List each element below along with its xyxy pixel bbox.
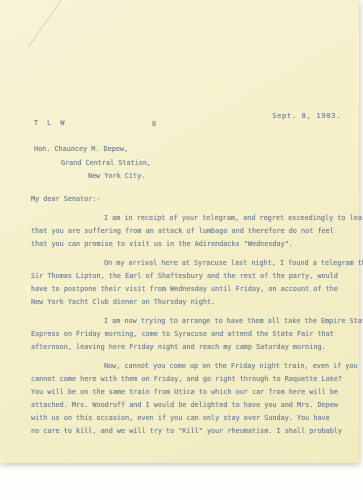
letter-paper: Sept. 8, 1903. T L W B Hon. Chauncey M. …: [0, 0, 359, 463]
recipient-address: Hon. Chauncey M. Depew, Grand Central St…: [34, 143, 151, 184]
recipient-street: Grand Central Station,: [34, 157, 151, 171]
paper-crease: [28, 0, 62, 48]
body-line: afternoon, leaving here Friday night and…: [31, 341, 363, 354]
body-line: Now, cannot you come up on the Friday ni…: [31, 360, 363, 373]
body-line: Express on Friday morning, come to Syrac…: [31, 328, 363, 341]
body-line: that you are suffering from an attack of…: [31, 225, 363, 238]
reference-row: T L W B: [34, 119, 234, 127]
body-line: no care to kill, and we will try to "Kil…: [31, 425, 363, 438]
scanned-letter-page: { "colors": { "paper": "#f6f0cb", "ink":…: [0, 0, 363, 500]
body-line: On my arrival here at Syracuse last nigh…: [31, 257, 363, 270]
file-mark: B: [152, 120, 156, 128]
body-line: Sir Thomas Lipton, the Earl of Shaftesbu…: [31, 270, 363, 283]
recipient-city: New York City.: [34, 170, 151, 184]
body-line: that you can promise to visit us in the …: [31, 238, 363, 251]
body-line: cannot come here with them on Friday, an…: [31, 373, 363, 386]
date-line: Sept. 8, 1903.: [272, 112, 341, 120]
recipient-name: Hon. Chauncey M. Depew,: [34, 143, 151, 157]
salutation: My dear Senator:-: [31, 193, 363, 206]
letter-body: My dear Senator:- I am in receipt of you…: [31, 193, 363, 438]
body-line: with us on this occasion, even if you ca…: [31, 412, 363, 425]
body-line: New York Yacht Club dinner on Thursday n…: [31, 296, 363, 309]
typist-initials: T L W: [34, 119, 67, 127]
body-line: I am in receipt of your telegram, and re…: [31, 212, 363, 225]
body-line: I am now trying to arrange to have them …: [31, 315, 363, 328]
body-line: have to postpone their visit from Wednes…: [31, 283, 363, 296]
body-line: You will be on the same train from Utica…: [31, 386, 363, 399]
body-line: attached. Mrs. Woodruff and I would be d…: [31, 399, 363, 412]
